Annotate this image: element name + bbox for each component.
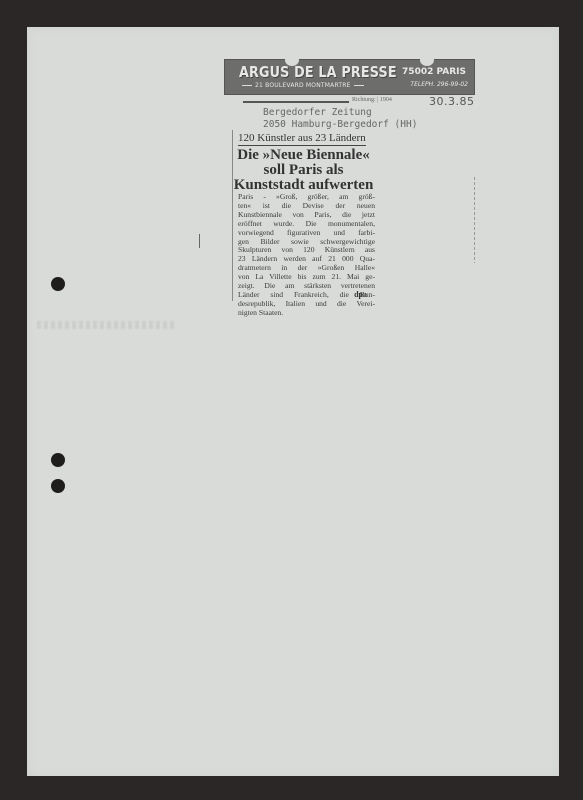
clipping-date: 30.3.85: [429, 95, 475, 108]
agency-city: 75002 PARIS: [402, 67, 466, 77]
body-line: nigten Staaten.: [238, 309, 375, 318]
news-agency: dpa: [354, 290, 367, 299]
punch-hole: [51, 453, 65, 467]
punch-hole: [51, 277, 65, 291]
pencil-line: [474, 177, 475, 263]
agency-telephone: TELEPH. 296-99-02: [410, 81, 468, 88]
richtung-field: Richtung: | 1904: [352, 97, 392, 103]
article-headline: Die »Neue Biennale« soll Paris als Kunst…: [232, 148, 375, 193]
newspaper-source: Bergedorfer Zeitung 2050 Hamburg-Bergedo…: [263, 107, 417, 131]
richtung-value: | 1904: [377, 97, 392, 103]
newspaper-name: Bergedorfer Zeitung: [263, 107, 417, 119]
pencil-mark: [199, 234, 200, 248]
richtung-label: Richtung:: [352, 97, 376, 103]
divider: [243, 101, 349, 103]
headline-line: soll Paris als: [232, 163, 375, 178]
press-agency-stamp: ARGUS DE LA PRESSE 21 BOULEVARD MONTMART…: [224, 59, 475, 95]
article-kicker: 120 Künstler aus 23 Ländern: [238, 132, 366, 146]
headline-line: Kunststadt aufwerten: [232, 178, 375, 193]
document-page: ARGUS DE LA PRESSE 21 BOULEVARD MONTMART…: [27, 27, 559, 776]
agency-name: ARGUS DE LA PRESSE: [239, 63, 397, 81]
agency-address: 21 BOULEVARD MONTMARTRE: [239, 82, 367, 89]
newspaper-clipping: 120 Künstler aus 23 Ländern Die »Neue Bi…: [232, 130, 375, 301]
punch-hole: [51, 479, 65, 493]
headline-line: Die »Neue Biennale«: [232, 148, 375, 163]
stamp-notch: [420, 54, 434, 66]
bleed-through-text: [37, 321, 177, 329]
